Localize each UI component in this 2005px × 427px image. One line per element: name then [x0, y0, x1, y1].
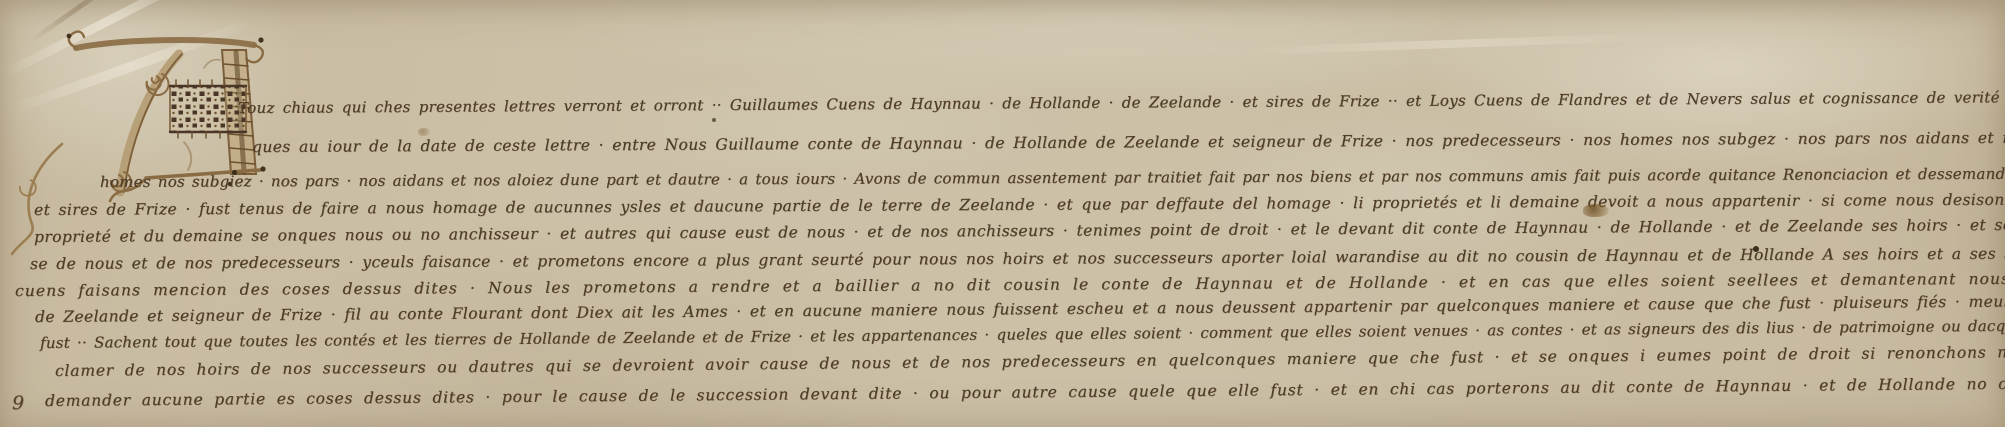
ink-speck	[712, 118, 716, 122]
manuscript-line-1: Touz chiaus qui ches presentes lettres v…	[238, 86, 2005, 117]
parchment-crease	[1240, 33, 1660, 56]
manuscript-line-6: se de nous et de nos predecesseurs · yce…	[30, 243, 2005, 273]
margin-mark: 9	[12, 392, 24, 414]
ink-blot	[1583, 204, 1609, 217]
manuscript-line-4: et sires de Frize · fust tenus de faire …	[34, 189, 2005, 219]
manuscript-line-5: proprieté et du demaine se onques nous o…	[34, 214, 2005, 246]
ink-speck	[1753, 246, 1759, 252]
ink-blot	[418, 128, 430, 136]
manuscript-line-2: ques au iour de la date de ceste lettre …	[252, 127, 2005, 156]
manuscript-line-3: homes nos subgiez · nos pars · nos aidan…	[100, 163, 2005, 191]
parchment-document: A	[0, 0, 2005, 427]
ink-speck	[232, 170, 237, 175]
line1-text-before: Touz chiaus qui ches presentes lettres v…	[238, 88, 2000, 117]
